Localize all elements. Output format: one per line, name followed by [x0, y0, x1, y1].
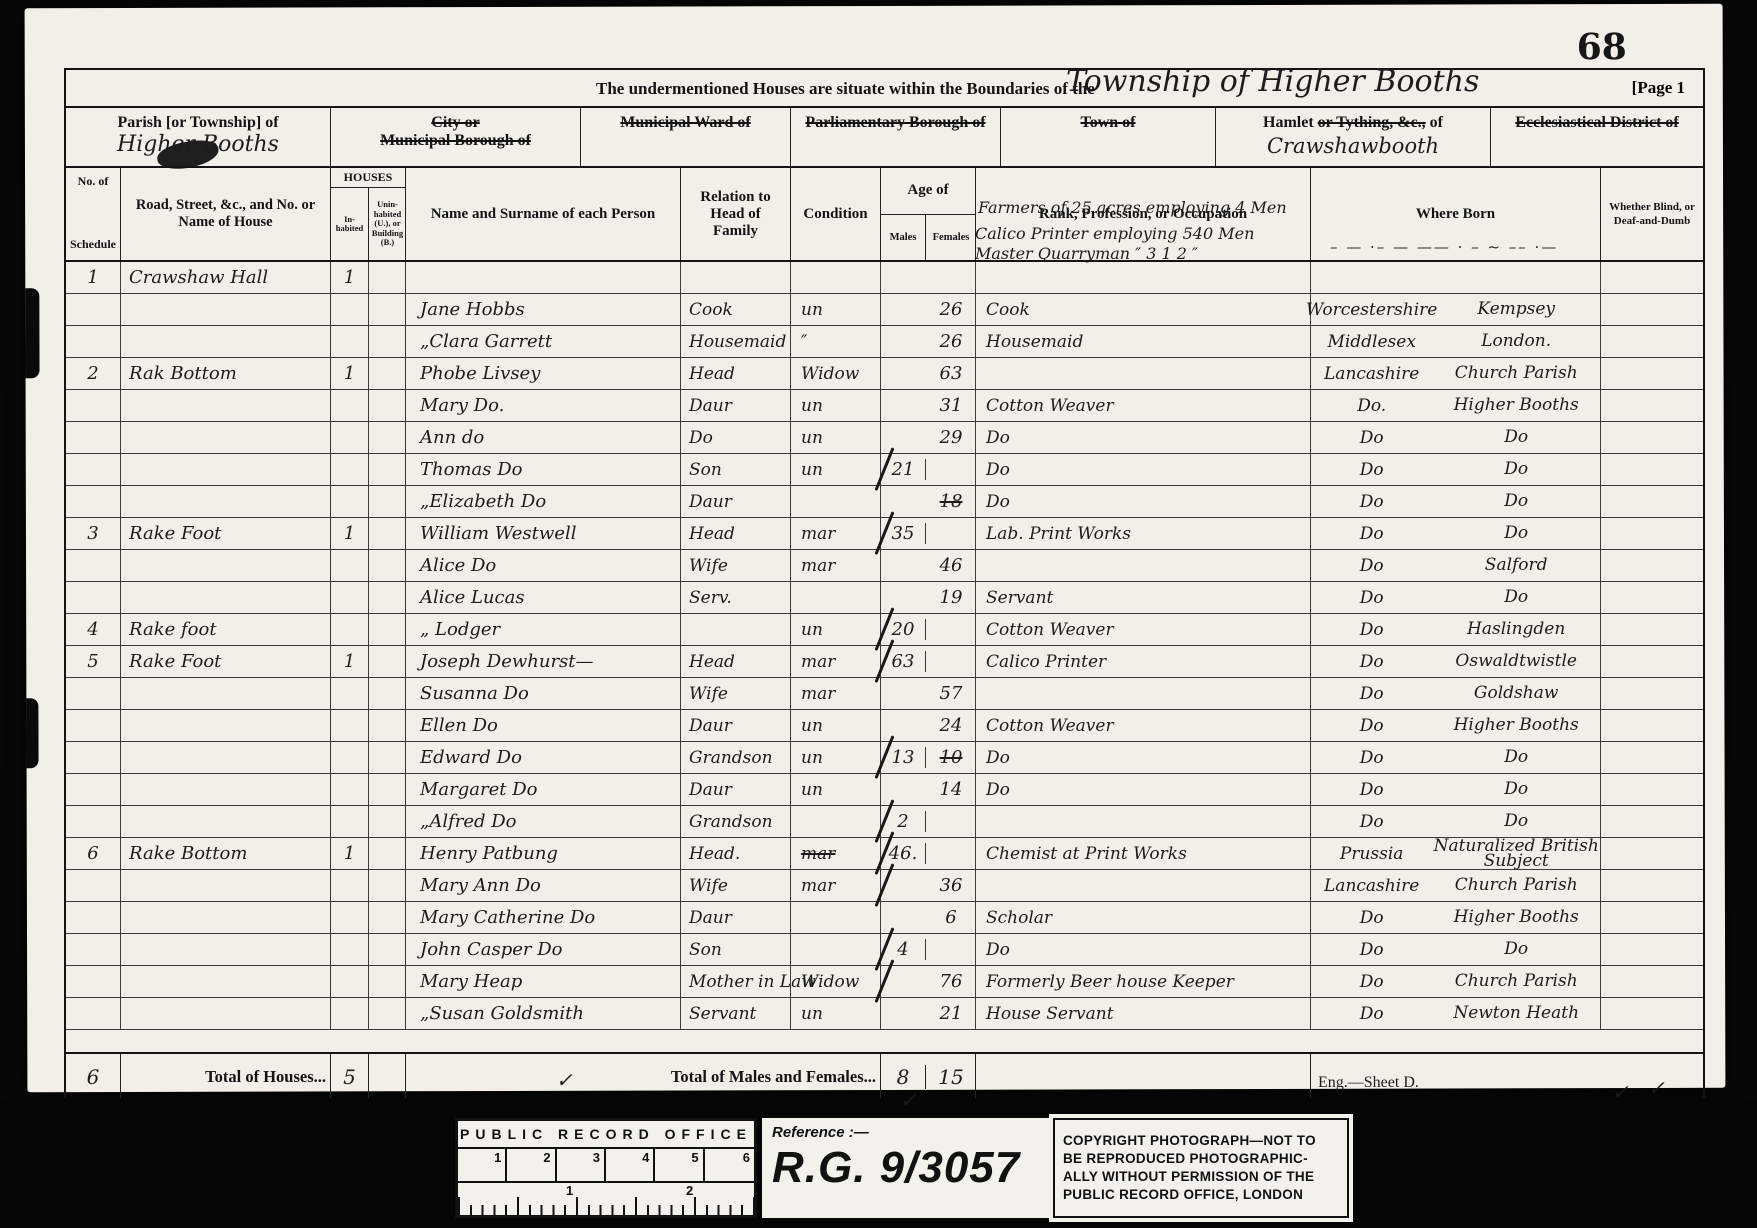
table-row: Mary Do. Daur un 31 Cotton Weaver Do. Hi…: [66, 390, 1703, 422]
parish-box: Parish [or Township] of Higher Booths: [66, 108, 331, 166]
cell-born: Worcestershire Kempsey: [1311, 294, 1601, 325]
page-number: 68: [1577, 26, 1627, 68]
cell-schedule: [66, 454, 121, 485]
cell-age: 46: [881, 550, 976, 581]
cell-born-place: Higher Booths: [1432, 910, 1600, 925]
cell-inhabited: [331, 582, 369, 613]
cell-born: Lancashire Church Parish: [1311, 870, 1601, 901]
table-row: Jane Hobbs Cook un 26 Cook Worcestershir…: [66, 294, 1703, 326]
cell-occupation: [976, 550, 1311, 581]
cell-road: [121, 326, 331, 357]
cell-name: [406, 262, 681, 293]
cell-name: Alice Lucas: [406, 582, 681, 613]
col-schedule-line1: No. of: [78, 174, 109, 189]
cell-uninhabited: [369, 646, 406, 677]
born-scribble: – — ·– — —— · – ~ –– ·—: [1330, 238, 1558, 256]
ruler-number-1: 1: [566, 1183, 573, 1198]
scale-4: 4: [606, 1149, 655, 1181]
cell-name: Thomas Do: [406, 454, 681, 485]
cell-relation: Daur: [681, 710, 791, 741]
parish-value: Higher Booths: [66, 132, 330, 157]
cell-name: Joseph Dewhurst—: [406, 646, 681, 677]
table-row: Ann do Do un 29 Do Do Do: [66, 422, 1703, 454]
cell-occupation: Housemaid: [976, 326, 1311, 357]
cell-condition: un: [791, 294, 881, 325]
total-females: 15: [926, 1065, 976, 1089]
cell-born: Do Do: [1311, 422, 1601, 453]
cell-blind: [1601, 870, 1703, 901]
cell-condition: Widow: [791, 966, 881, 997]
cell-born-county: Do: [1311, 428, 1432, 448]
cell-inhabited: [331, 710, 369, 741]
cell-condition: mar: [791, 870, 881, 901]
cell-relation: Wife: [681, 550, 791, 581]
cell-relation: Grandson: [681, 806, 791, 837]
scale-6: 6: [705, 1149, 754, 1181]
cell-age-female: 18: [926, 491, 976, 512]
page-label: [Page 1: [1632, 78, 1685, 98]
cell-age: 18: [881, 486, 976, 517]
cell-age-female: 26: [926, 331, 976, 352]
cell-age: 20: [881, 614, 976, 645]
table-row: Ellen Do Daur un 24 Cotton Weaver Do Hig…: [66, 710, 1703, 742]
cell-condition: un: [791, 390, 881, 421]
cell-uninhabited: [369, 838, 406, 869]
cell-road: [121, 742, 331, 773]
scale-2: 2: [507, 1149, 556, 1181]
cell-born: Do Oswaldtwistle: [1311, 646, 1601, 677]
cell-road: Rak Bottom: [121, 358, 331, 389]
cell-schedule: 5: [66, 646, 121, 677]
cell-inhabited: [331, 294, 369, 325]
cell-born: Lancashire Church Parish: [1311, 358, 1601, 389]
cell-born-county: Do: [1311, 652, 1432, 672]
cell-born-place: Do: [1432, 782, 1600, 797]
cell-uninhabited: [369, 678, 406, 709]
cell-inhabited: [331, 806, 369, 837]
cell-born-place: Church Parish: [1432, 878, 1600, 893]
cell-born-place: Naturalized British Subject: [1432, 839, 1600, 869]
cell-blind: [1601, 774, 1703, 805]
pro-cm-ruler: 1 2: [458, 1183, 754, 1217]
cell-name: Ann do: [406, 422, 681, 453]
cell-born-place: Do: [1432, 750, 1600, 765]
cell-name: „ Lodger: [406, 614, 681, 645]
cell-age-male: 46.: [881, 843, 926, 864]
col-name: Name and Surname of each Person: [406, 168, 681, 260]
cell-relation: Head: [681, 646, 791, 677]
cell-born-place: Do: [1432, 942, 1600, 957]
cell-occupation: Cotton Weaver: [976, 614, 1311, 645]
cell-schedule: [66, 486, 121, 517]
cell-born-county: Do: [1311, 492, 1432, 512]
cell-born-place: Do: [1432, 494, 1600, 509]
cell-uninhabited: [369, 550, 406, 581]
cell-schedule: [66, 422, 121, 453]
cell-inhabited: 1: [331, 838, 369, 869]
cell-born: Do Do: [1311, 454, 1601, 485]
cell-age-female: 14: [926, 779, 976, 800]
cell-age-male: 35: [881, 523, 926, 544]
cell-schedule: [66, 550, 121, 581]
census-form-frame: The undermentioned Houses are situate wi…: [64, 68, 1705, 1105]
cell-condition: un: [791, 422, 881, 453]
cell-born-place: Haslingden: [1432, 622, 1600, 637]
cell-uninhabited: [369, 934, 406, 965]
cell-occupation: [976, 870, 1311, 901]
table-row: John Casper Do Son 4 Do Do Do: [66, 934, 1703, 966]
cell-age-female: 57: [926, 683, 976, 704]
cell-age-female: 10: [926, 747, 976, 768]
cell-condition: [791, 806, 881, 837]
cell-relation: Son: [681, 454, 791, 485]
cell-schedule: [66, 710, 121, 741]
cell-road: [121, 550, 331, 581]
cell-inhabited: [331, 902, 369, 933]
cell-name: Mary Do.: [406, 390, 681, 421]
cell-uninhabited: [369, 262, 406, 293]
cell-born-place: Do: [1432, 814, 1600, 829]
cell-born-county: Do: [1311, 748, 1432, 768]
table-row: Mary Catherine Do Daur 6 Scholar Do High…: [66, 902, 1703, 934]
cell-inhabited: [331, 934, 369, 965]
cell-occupation: Do: [976, 742, 1311, 773]
pro-office-title: PUBLIC RECORD OFFICE: [458, 1121, 754, 1149]
cell-name: Ellen Do: [406, 710, 681, 741]
cell-inhabited: [331, 422, 369, 453]
cell-born: Do Do: [1311, 934, 1601, 965]
col-condition: Condition: [791, 168, 881, 260]
cell-age-male: 4: [881, 939, 926, 960]
cell-age: 36: [881, 870, 976, 901]
cell-uninhabited: [369, 998, 406, 1029]
cell-blind: [1601, 806, 1703, 837]
cell-inhabited: 1: [331, 518, 369, 549]
city-label-1: City or: [331, 114, 580, 132]
cell-inhabited: [331, 550, 369, 581]
table-row: Alice Do Wife mar 46 Do Salford: [66, 550, 1703, 582]
cell-born: Do Salford: [1311, 550, 1601, 581]
cell-road: Rake foot: [121, 614, 331, 645]
cell-uninhabited: [369, 358, 406, 389]
copyright-line-1: COPYRIGHT PHOTOGRAPH—NOT TO: [1063, 1132, 1339, 1150]
cell-uninhabited: [369, 806, 406, 837]
hamlet-label-post: of: [1426, 114, 1443, 131]
total-mf-label: Total of Males and Females...: [406, 1054, 881, 1100]
pro-inch-scale: 1 2 3 4 5 6: [458, 1149, 754, 1183]
cell-age-female: 19: [926, 587, 976, 608]
cell-schedule: 6: [66, 838, 121, 869]
cell-occupation: Servant: [976, 582, 1311, 613]
cell-blind: [1601, 518, 1703, 549]
cell-age: 2: [881, 806, 976, 837]
cell-road: Rake Bottom: [121, 838, 331, 869]
cell-born-county: Do: [1311, 524, 1432, 544]
cell-age-male: 2: [881, 811, 926, 832]
cell-blind: [1601, 582, 1703, 613]
cell-inhabited: [331, 454, 369, 485]
cell-condition: un: [791, 710, 881, 741]
check-mark-2: ✓: [900, 1088, 917, 1112]
cell-schedule: [66, 998, 121, 1029]
cell-relation: Do: [681, 422, 791, 453]
cell-blind: [1601, 710, 1703, 741]
cell-road: [121, 422, 331, 453]
total-mf-values: 8 15: [881, 1054, 976, 1100]
cell-born-county: Do: [1311, 620, 1432, 640]
occupation-note-3: Master Quarryman ″ 3 1 2 ″: [975, 244, 1198, 263]
cell-relation: Head: [681, 358, 791, 389]
cell-road: [121, 934, 331, 965]
cell-occupation: Cotton Weaver: [976, 390, 1311, 421]
cell-uninhabited: [369, 454, 406, 485]
cell-born-county: Do.: [1311, 396, 1432, 416]
cell-born: Middlesex London.: [1311, 326, 1601, 357]
cell-occupation: Do: [976, 774, 1311, 805]
cell-blind: [1601, 998, 1703, 1029]
cell-born: Do Do: [1311, 806, 1601, 837]
cell-schedule: [66, 774, 121, 805]
cell-born-county: Do: [1311, 908, 1432, 928]
table-row: Margaret Do Daur un 14 Do Do Do: [66, 774, 1703, 806]
cell-age-female: 24: [926, 715, 976, 736]
cell-relation: Housemaid: [681, 326, 791, 357]
cell-born-place: Church Parish: [1432, 974, 1600, 989]
cell-occupation: Do: [976, 486, 1311, 517]
cell-age-male: 20: [881, 619, 926, 640]
cell-relation: Daur: [681, 902, 791, 933]
cell-born: Prussia Naturalized British Subject: [1311, 838, 1601, 869]
table-row: „Clara Garrett Housemaid ″ 26 Housemaid …: [66, 326, 1703, 358]
cell-condition: [791, 902, 881, 933]
cell-age-female: 36: [926, 875, 976, 896]
cell-born-place: Do: [1432, 526, 1600, 541]
table-row: Susanna Do Wife mar 57 Do Goldshaw: [66, 678, 1703, 710]
cell-born-county: Do: [1311, 972, 1432, 992]
cell-age: [881, 262, 976, 293]
cell-occupation: [976, 806, 1311, 837]
cell-name: „Susan Goldsmith: [406, 998, 681, 1029]
cell-inhabited: [331, 390, 369, 421]
cell-born: Do Newton Heath: [1311, 998, 1601, 1029]
cell-condition: [791, 934, 881, 965]
cell-road: Crawshaw Hall: [121, 262, 331, 293]
cell-born-county: Do: [1311, 460, 1432, 480]
cell-age-female: 26: [926, 299, 976, 320]
cell-uninhabited: [369, 326, 406, 357]
cell-born-county: Do: [1311, 684, 1432, 704]
hamlet-value: Crawshawbooth: [1216, 134, 1490, 158]
reference-label: Reference :—: [772, 1124, 1040, 1141]
cell-road: [121, 806, 331, 837]
cell-road: [121, 774, 331, 805]
cell-name: Mary Heap: [406, 966, 681, 997]
cell-name: „Elizabeth Do: [406, 486, 681, 517]
table-row: „Susan Goldsmith Servant un 21 House Ser…: [66, 998, 1703, 1030]
cell-relation: Cook: [681, 294, 791, 325]
cell-inhabited: 1: [331, 646, 369, 677]
cell-born-county: Do: [1311, 1004, 1432, 1024]
cell-schedule: [66, 326, 121, 357]
scale-1: 1: [458, 1149, 507, 1181]
cell-schedule: [66, 870, 121, 901]
cell-born-place: Do: [1432, 430, 1600, 445]
copyright-line-3: ALLY WITHOUT PERMISSION OF THE: [1063, 1168, 1339, 1186]
table-row: 2 Rak Bottom 1 Phobe Livsey Head Widow 6…: [66, 358, 1703, 390]
cell-age: 31: [881, 390, 976, 421]
cell-age-male: 21: [881, 459, 926, 480]
table-row: „Elizabeth Do Daur 18 Do Do Do: [66, 486, 1703, 518]
cell-born-county: Worcestershire: [1311, 300, 1432, 320]
cell-condition: un: [791, 998, 881, 1029]
reference-value: R.G. 9/3057: [772, 1143, 1040, 1193]
cell-relation: Daur: [681, 774, 791, 805]
table-row: 3 Rake Foot 1 William Westwell Head mar …: [66, 518, 1703, 550]
parliamentary-label: Parliamentary Borough of: [805, 114, 985, 131]
cell-age: 35: [881, 518, 976, 549]
cell-blind: [1601, 326, 1703, 357]
ruler-number-2: 2: [686, 1183, 693, 1198]
handwritten-township: Township of Higher Booths: [1066, 64, 1479, 99]
hamlet-label-pre: Hamlet: [1263, 114, 1318, 131]
cell-occupation: Do: [976, 454, 1311, 485]
table-row: 6 Rake Bottom 1 Henry Patbung Head. mar …: [66, 838, 1703, 870]
cell-born-county: Do: [1311, 556, 1432, 576]
cell-name: „Clara Garrett: [406, 326, 681, 357]
col-houses-group: HOUSES In-habited Unin-habited (U.), or …: [331, 168, 406, 260]
cell-born-place: Church Parish: [1432, 366, 1600, 381]
cell-born-place: Oswaldtwistle: [1432, 654, 1600, 669]
table-row: Mary Heap Mother in Law Widow 76 Formerl…: [66, 966, 1703, 998]
cell-schedule: [66, 678, 121, 709]
cell-born: [1311, 262, 1601, 293]
cell-condition: un: [791, 454, 881, 485]
cell-relation: Grandson: [681, 742, 791, 773]
cell-age: 63: [881, 646, 976, 677]
cell-age: 63: [881, 358, 976, 389]
cell-name: Alice Do: [406, 550, 681, 581]
cell-relation: Head: [681, 518, 791, 549]
cell-schedule: 3: [66, 518, 121, 549]
col-houses: HOUSES: [331, 168, 405, 188]
cell-age: 24: [881, 710, 976, 741]
table-row: 4 Rake foot „ Lodger un 20 Cotton Weaver…: [66, 614, 1703, 646]
cell-name: Mary Ann Do: [406, 870, 681, 901]
cell-born-county: Do: [1311, 588, 1432, 608]
cell-age-male: 63: [881, 651, 926, 672]
cell-age: 19: [881, 582, 976, 613]
ward-box: Municipal Ward of: [581, 108, 791, 166]
cell-occupation: Chemist at Print Works: [976, 838, 1311, 869]
cell-relation: Serv.: [681, 582, 791, 613]
cell-road: Rake Foot: [121, 518, 331, 549]
cell-name: Jane Hobbs: [406, 294, 681, 325]
cell-blind: [1601, 966, 1703, 997]
cell-schedule: [66, 742, 121, 773]
cell-born-place: Goldshaw: [1432, 686, 1600, 701]
cell-inhabited: [331, 870, 369, 901]
cell-uninhabited: [369, 742, 406, 773]
cell-born: Do Higher Booths: [1311, 710, 1601, 741]
cell-occupation: Formerly Beer house Keeper: [976, 966, 1311, 997]
cell-born-county: Do: [1311, 940, 1432, 960]
cell-name: Susanna Do: [406, 678, 681, 709]
cell-blind: [1601, 934, 1703, 965]
cell-age-female: 6: [926, 907, 976, 928]
col-schedule-line2: Schedule: [70, 237, 116, 252]
cell-condition: mar: [791, 518, 881, 549]
cell-born-place: Do: [1432, 462, 1600, 477]
cell-inhabited: [331, 998, 369, 1029]
cell-name: Phobe Livsey: [406, 358, 681, 389]
cell-relation: Servant: [681, 998, 791, 1029]
cell-born: Do Haslingden: [1311, 614, 1601, 645]
cell-inhabited: [331, 774, 369, 805]
census-scan-page: { "header": { "page_number": "68", "prin…: [0, 0, 1757, 1228]
cell-occupation: Lab. Print Works: [976, 518, 1311, 549]
cell-schedule: 1: [66, 262, 121, 293]
cell-road: [121, 390, 331, 421]
cell-age: 26: [881, 294, 976, 325]
cell-condition: mar: [791, 678, 881, 709]
copyright-line-4: PUBLIC RECORD OFFICE, LONDON: [1063, 1186, 1339, 1204]
cell-born: Do Do: [1311, 742, 1601, 773]
totals-row: 6 Total of Houses... 5 Total of Males an…: [66, 1054, 1703, 1103]
town-label: Town of: [1081, 114, 1136, 131]
ward-label: Municipal Ward of: [620, 114, 750, 131]
cell-age: 21: [881, 454, 976, 485]
cell-blind: [1601, 294, 1703, 325]
cell-age: 26: [881, 326, 976, 357]
cell-uninhabited: [369, 870, 406, 901]
cell-relation: [681, 614, 791, 645]
cell-age: 57: [881, 678, 976, 709]
cell-schedule: [66, 582, 121, 613]
col-road: Road, Street, &c., and No. or Name of Ho…: [121, 168, 331, 260]
cell-relation: Head.: [681, 838, 791, 869]
totals-rank-cell: [976, 1054, 1311, 1100]
cell-blind: [1601, 454, 1703, 485]
cell-age-female: 21: [926, 1003, 976, 1024]
cell-condition: mar: [791, 838, 881, 869]
check-mark-1: ✓: [556, 1068, 573, 1092]
cell-schedule: 4: [66, 614, 121, 645]
cell-blind: [1601, 678, 1703, 709]
cell-name: John Casper Do: [406, 934, 681, 965]
cell-occupation: [976, 678, 1311, 709]
cell-born-county: Lancashire: [1311, 364, 1432, 384]
cell-road: [121, 998, 331, 1029]
cell-born-place: Kempsey: [1432, 302, 1600, 317]
table-row: 5 Rake Foot 1 Joseph Dewhurst— Head mar …: [66, 646, 1703, 678]
cell-road: [121, 870, 331, 901]
cell-born: Do. Higher Booths: [1311, 390, 1601, 421]
cell-blind: [1601, 646, 1703, 677]
cell-age: 6: [881, 902, 976, 933]
col-females: Females: [926, 215, 976, 261]
district-boxes: Parish [or Township] of Higher Booths Ci…: [66, 108, 1703, 168]
cell-age: 21: [881, 998, 976, 1029]
cell-age-female: 63: [926, 363, 976, 384]
hamlet-box: Hamlet or Tything, &c., of Crawshawbooth: [1216, 108, 1491, 166]
col-age-group: Age of Males Females: [881, 168, 976, 260]
cell-age: 46.: [881, 838, 976, 869]
table-row: 1 Crawshaw Hall 1: [66, 262, 1703, 294]
col-males: Males: [881, 215, 926, 261]
printed-title: The undermentioned Houses are situate wi…: [596, 79, 1095, 99]
town-box: Town of: [1001, 108, 1216, 166]
cell-age: 29: [881, 422, 976, 453]
